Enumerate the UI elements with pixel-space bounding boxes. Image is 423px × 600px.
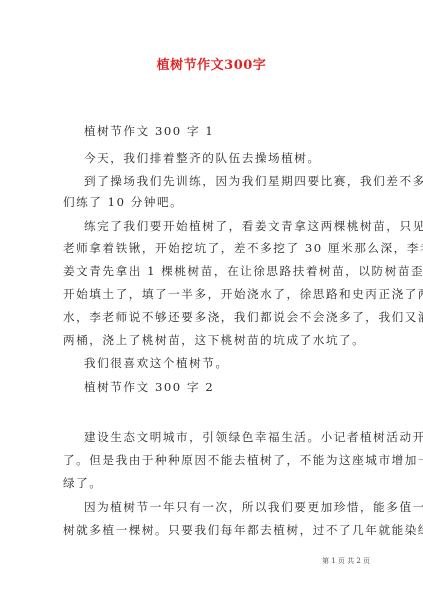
section-heading: 植树节作文 300 字 1 bbox=[84, 124, 214, 138]
paragraph-line: 姜文青先拿出 1 棵桃树苗，在让徐思路扶着树苗，以防树苗歪了， bbox=[63, 264, 423, 278]
paragraph-line: 绿了。 bbox=[63, 476, 102, 490]
paragraph-line: 开始填土了，填了一半多，开始浇水了，徐思路和史丙正浇了两桶 bbox=[63, 287, 423, 301]
paragraph-line: 今天，我们排着整齐的队伍去操场植树。 bbox=[84, 151, 321, 165]
paragraph-line: 们练了 10 分钟吧。 bbox=[63, 195, 183, 209]
paragraph-line: 水，李老师说不够还要多浇，我们都说会不会浇多了，我们又灌了 bbox=[63, 310, 423, 324]
paragraph-line: 两桶，浇上了桃树苗，这下桃树苗的坑成了水坑了。 bbox=[63, 333, 365, 347]
paragraph-line: 到了操场我们先训练，因为我们星期四要比赛，我们差不多我 bbox=[84, 174, 423, 188]
paragraph-line: 老师拿着铁锹，开始挖坑了，差不多挖了 30 厘米那么深，李老师让 bbox=[63, 241, 423, 255]
paragraph-line: 了。但是我由于种种原因不能去植树了，不能为这座城市增加一片 bbox=[63, 453, 423, 467]
paragraph-line: 因为植树节一年只有一次，所以我们要更加珍惜，能多值一棵 bbox=[84, 500, 423, 514]
page-number: 第 1 页 共 2 页 bbox=[322, 556, 370, 566]
paragraph-line: 建设生态文明城市，引领绿色幸福生活。小记者植树活动开始 bbox=[84, 430, 423, 444]
paragraph-line: 我们很喜欢这个植树节。 bbox=[84, 356, 229, 370]
document-title: 植树节作文300字 bbox=[0, 54, 423, 73]
paragraph-line: 练完了我们要开始植树了，看姜文青拿这两棵桃树苗，只见李 bbox=[84, 219, 423, 233]
paragraph-line: 树就多植一棵树。只要我们每年都去植树，过不了几年就能染绿祖 bbox=[63, 523, 423, 537]
section-heading: 植树节作文 300 字 2 bbox=[84, 380, 214, 394]
